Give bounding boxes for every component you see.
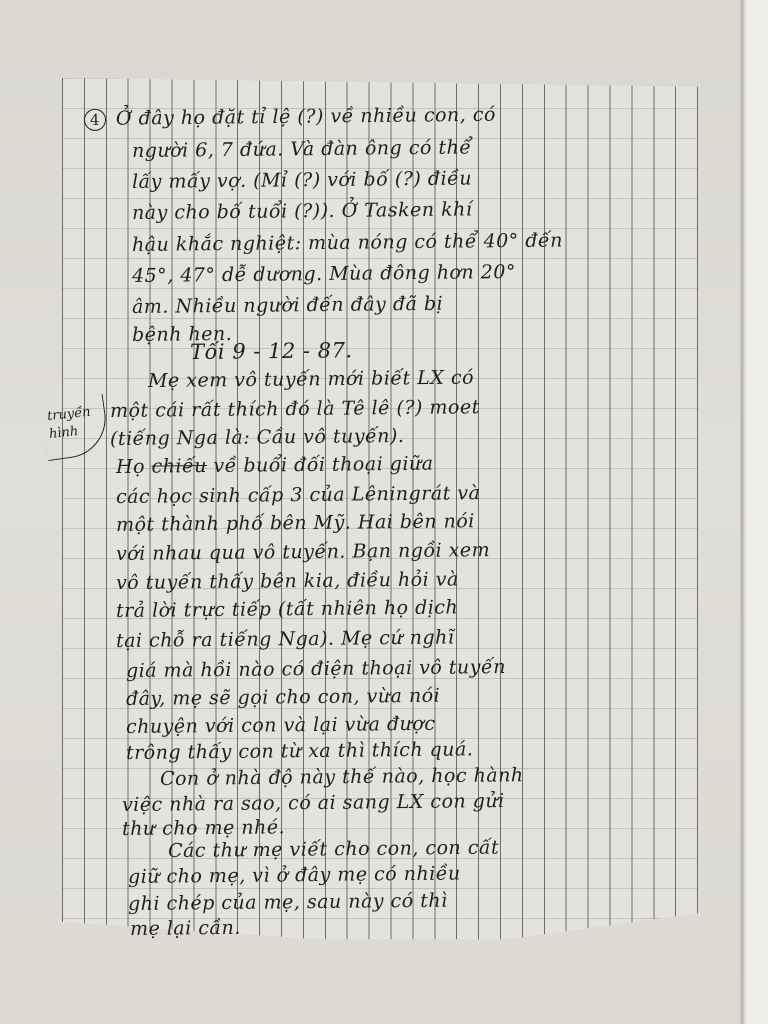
text-line: giữ cho mẹ, vì ở đây mẹ có nhiều bbox=[128, 863, 461, 888]
text-line: 4Ở đây họ đặt tỉ lệ (?) về nhiều con, có bbox=[84, 104, 496, 131]
date-heading: Tối 9 - 12 - 87. bbox=[190, 338, 353, 364]
text-line: người 6, 7 đứa. Và đàn ông có thể bbox=[132, 136, 472, 162]
text-line: Con ở nhà độ này thế nào, học hành bbox=[160, 764, 524, 790]
handwritten-text: 4Ở đây họ đặt tỉ lệ (?) về nhiều con, có… bbox=[0, 0, 768, 1024]
text-line: tại chỗ ra tiếng Nga). Mẹ cứ nghĩ bbox=[116, 626, 455, 652]
text-line: ghi chép của mẹ, sau này có thì bbox=[128, 890, 448, 915]
text-line: lấy mấy vợ. (Mỉ (?) với bố (?) điều bbox=[132, 167, 472, 193]
text-line: Họ chiếu về buổi đối thoại giữa bbox=[116, 453, 434, 478]
text-line: giá mà hồi nào có điện thoại vô tuyến bbox=[126, 656, 506, 682]
text-line: đây, mẹ sẽ gọi cho con, vừa nói bbox=[126, 685, 440, 710]
text-line: mẹ lại cần. bbox=[130, 917, 241, 940]
text-line: một cái rất thích đó là Tê lê (?) moet bbox=[110, 396, 480, 422]
text-line: 45°, 47° dễ dương. Mùa đông hơn 20° bbox=[132, 261, 516, 287]
text-line: hậu khắc nghiệt: mùa nóng có thể 40° đến bbox=[132, 229, 563, 256]
text-line: một thành phố bên Mỹ. Hai bên nói bbox=[116, 510, 475, 536]
text-line: âm. Nhiều người đến đây đã bị bbox=[132, 293, 443, 318]
text-line: việc nhà ra sao, có ai sang LX con gửi bbox=[122, 790, 505, 816]
text-line: trông thấy con từ xa thì thích quá. bbox=[126, 738, 474, 764]
text-line: này cho bố tuổi (?)). Ở Tasken khí bbox=[132, 198, 473, 224]
entry-number-badge: 4 bbox=[84, 109, 106, 131]
text-line: (tiếng Nga là: Cầu vô tuyến). bbox=[110, 425, 405, 450]
line-text: về buổi đối thoại giữa bbox=[213, 453, 433, 477]
text-line: chuyện với con và lại vừa được bbox=[126, 713, 436, 738]
text-line: vô tuyến thấy bên kia, điều hỏi và bbox=[116, 568, 459, 594]
struck-word: chiếu bbox=[151, 455, 207, 478]
text-line: với nhau qua vô tuyến. Bạn ngồi xem bbox=[116, 539, 490, 565]
line-text: Họ bbox=[116, 456, 145, 478]
text-line: trả lời trực tiếp (tất nhiên họ dịch bbox=[116, 596, 458, 622]
text-line: Mẹ xem vô tuyến mới biết LX có bbox=[148, 367, 474, 392]
text-line: các học sinh cấp 3 của Lêningrát và bbox=[116, 482, 481, 508]
text-line: thư cho mẹ nhé. bbox=[122, 816, 285, 840]
text-line: Các thư mẹ viết cho con, con cất bbox=[168, 837, 499, 862]
line-text: Ở đây họ đặt tỉ lệ (?) về nhiều con, có bbox=[116, 104, 496, 130]
